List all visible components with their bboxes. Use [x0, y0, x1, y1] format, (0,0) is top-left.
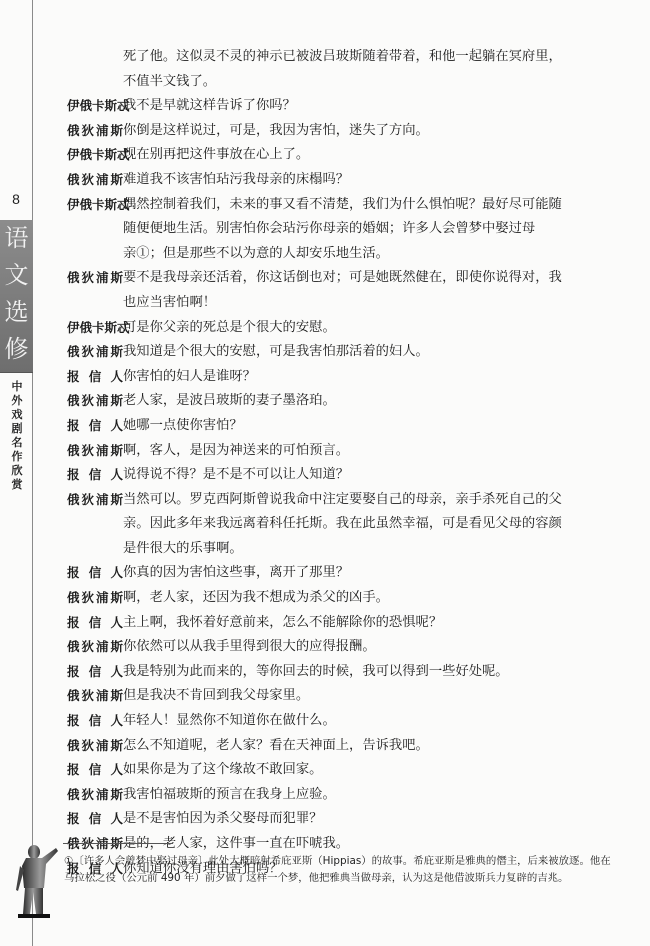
speaker-name: 报信人: [67, 463, 123, 488]
speaker-name: 伊俄卡斯忒: [67, 316, 123, 341]
title-char: 中: [6, 380, 28, 394]
title-char: 欣: [6, 464, 28, 478]
speaker-name: 俄狄浦斯: [67, 488, 123, 513]
speaker-name: 报信人: [67, 807, 123, 832]
speaker-name: 俄狄浦斯: [67, 783, 123, 808]
speech-text: 你真的因为害怕这些事，离开了那里？: [123, 561, 349, 586]
speaker-name: 伊俄卡斯忒: [67, 143, 123, 168]
band-char: 文: [0, 257, 33, 294]
speech-text: 难道我不该害怕玷污我母亲的床榻吗？: [123, 168, 349, 193]
speech-text: 我是特别为此而来的，等你回去的时候，我可以得到一些好处呢。: [123, 660, 509, 685]
dialogue-line: 亲①；但是那些不以为意的人却安乐地生活。: [67, 242, 637, 267]
dialogue-line: 报信人她哪一点使你害怕？: [67, 414, 637, 439]
speech-text: 你依然可以从我手里得到很大的应得报酬。: [123, 635, 376, 660]
dialogue-line: 报信人主上啊，我怀着好意前来，怎么不能解除你的恐惧呢？: [67, 611, 637, 636]
speech-text: 现在别再把这件事放在心上了。: [123, 143, 309, 168]
speaker-name: 俄狄浦斯: [67, 119, 123, 144]
speaker-name: 报信人: [67, 365, 123, 390]
dialogue-line: 不值半文钱了。: [67, 70, 637, 95]
dialogue-line: 俄狄浦斯要不是我母亲还活着，你这话倒也对；可是她既然健在，即使你说得对，我: [67, 266, 637, 291]
warrior-statue-icon: [8, 840, 60, 922]
speech-text: 但是我决不肯回到我父母家里。: [123, 684, 309, 709]
dialogue-line: 俄狄浦斯老人家，是波吕玻斯的妻子墨洛珀。: [67, 389, 637, 414]
speech-text: 是不是害怕因为杀父娶母而犯罪？: [123, 807, 322, 832]
title-char: 剧: [6, 422, 28, 436]
series-band: 语 文 选 修: [0, 220, 33, 373]
dialogue-body: 死了他。这似灵不灵的神示已被波吕玻斯随着带着，和他一起躺在冥府里，不值半文钱了。…: [67, 45, 637, 881]
speech-text: 死了他。这似灵不灵的神示已被波吕玻斯随着带着，和他一起躺在冥府里，: [123, 45, 562, 70]
speech-text: 要不是我母亲还活着，你这话倒也对；可是她既然健在，即使你说得对，我: [123, 266, 562, 291]
page-number: 8: [4, 191, 28, 207]
footnote-line: 马拉松之役（公元前 490 年）前夕做了这样一个梦，他把雅典当做母亲，认为这是他…: [64, 870, 639, 887]
speaker-name: 俄狄浦斯: [67, 389, 123, 414]
speech-text: 亲。因此多年来我远离着科任托斯。我在此虽然幸福，可是看见父母的容颜: [123, 512, 562, 537]
dialogue-line: 也应当害怕啊！: [67, 291, 637, 316]
speech-text: 亲①；但是那些不以为意的人却安乐地生活。: [123, 242, 389, 267]
band-char: 语: [0, 220, 33, 257]
title-char: 赏: [6, 478, 28, 492]
speech-text: 可是你父亲的死总是个很大的安慰。: [123, 316, 336, 341]
dialogue-line: 报信人如果你是为了这个缘故不敢回家。: [67, 758, 637, 783]
speaker-name: 报信人: [67, 561, 123, 586]
speech-text: 她哪一点使你害怕？: [123, 414, 243, 439]
speaker-name: 俄狄浦斯: [67, 168, 123, 193]
speech-text: 不值半文钱了。: [123, 70, 216, 95]
dialogue-line: 伊俄卡斯忒偶然控制着我们，未来的事又看不清楚，我们为什么惧怕呢？最好尽可能随: [67, 193, 637, 218]
speaker-name: 俄狄浦斯: [67, 635, 123, 660]
speaker-name: 俄狄浦斯: [67, 266, 123, 291]
speaker-name: 俄狄浦斯: [67, 734, 123, 759]
dialogue-line: 随便便地生活。别害怕你会玷污你母亲的婚姻；许多人会曾梦中娶过母: [67, 217, 637, 242]
dialogue-line: 俄狄浦斯我知道是个很大的安慰，可是我害怕那活着的妇人。: [67, 340, 637, 365]
dialogue-line: 俄狄浦斯啊，老人家，还因为我不想成为杀父的凶手。: [67, 586, 637, 611]
band-char: 选: [0, 294, 33, 331]
footnote-divider: [63, 843, 173, 844]
speaker-name: 俄狄浦斯: [67, 340, 123, 365]
dialogue-line: 死了他。这似灵不灵的神示已被波吕玻斯随着带着，和他一起躺在冥府里，: [67, 45, 637, 70]
speech-text: 年轻人！显然你不知道你在做什么。: [123, 709, 336, 734]
speaker-name: 伊俄卡斯忒: [67, 193, 123, 218]
dialogue-line: 伊俄卡斯忒可是你父亲的死总是个很大的安慰。: [67, 316, 637, 341]
speech-text: 随便便地生活。别害怕你会玷污你母亲的婚姻；许多人会曾梦中娶过母: [123, 217, 535, 242]
dialogue-line: 报信人你真的因为害怕这些事，离开了那里？: [67, 561, 637, 586]
dialogue-line: 报信人年轻人！显然你不知道你在做什么。: [67, 709, 637, 734]
dialogue-line: 报信人我是特别为此而来的，等你回去的时候，我可以得到一些好处呢。: [67, 660, 637, 685]
speaker-name: 报信人: [67, 709, 123, 734]
dialogue-line: 报信人说得说不得？是不是不可以让人知道？: [67, 463, 637, 488]
dialogue-line: 俄狄浦斯你依然可以从我手里得到很大的应得报酬。: [67, 635, 637, 660]
speech-text: 我害怕福玻斯的预言在我身上应验。: [123, 783, 336, 808]
footnote-line: ①〔许多人会曾梦中娶过母亲〕此处大概暗射希庇亚斯（Hippias）的故事。希庇亚…: [64, 853, 639, 870]
speaker-name: 伊俄卡斯忒: [67, 94, 123, 119]
dialogue-line: 报信人你害怕的妇人是谁呀？: [67, 365, 637, 390]
speaker-name: 俄狄浦斯: [67, 439, 123, 464]
title-char: 外: [6, 394, 28, 408]
speech-text: 怎么不知道呢，老人家？看在天神面上，告诉我吧。: [123, 734, 429, 759]
dialogue-line: 亲。因此多年来我远离着科任托斯。我在此虽然幸福，可是看见父母的容颜: [67, 512, 637, 537]
speech-text: 你害怕的妇人是谁呀？: [123, 365, 256, 390]
title-char: 作: [6, 450, 28, 464]
margin-rule: [32, 0, 33, 946]
dialogue-line: 俄狄浦斯当然可以。罗克西阿斯曾说我命中注定要娶自己的母亲，亲手杀死自己的父: [67, 488, 637, 513]
dialogue-line: 俄狄浦斯怎么不知道呢，老人家？看在天神面上，告诉我吧。: [67, 734, 637, 759]
speech-text: 你倒是这样说过，可是，我因为害怕，迷失了方向。: [123, 119, 429, 144]
dialogue-line: 是件很大的乐事啊。: [67, 537, 637, 562]
dialogue-line: 俄狄浦斯啊，客人，是因为神送来的可怕预言。: [67, 439, 637, 464]
dialogue-line: 俄狄浦斯难道我不该害怕玷污我母亲的床榻吗？: [67, 168, 637, 193]
speech-text: 说得说不得？是不是不可以让人知道？: [123, 463, 349, 488]
band-char: 修: [0, 331, 33, 368]
speech-text: 当然可以。罗克西阿斯曾说我命中注定要娶自己的母亲，亲手杀死自己的父: [123, 488, 562, 513]
speech-text: 主上啊，我怀着好意前来，怎么不能解除你的恐惧呢？: [123, 611, 442, 636]
dialogue-line: 报信人是不是害怕因为杀父娶母而犯罪？: [67, 807, 637, 832]
speech-text: 我不是早就这样告诉了你吗？: [123, 94, 296, 119]
speech-text: 也应当害怕啊！: [123, 291, 216, 316]
speech-text: 偶然控制着我们，未来的事又看不清楚，我们为什么惧怕呢？最好尽可能随: [123, 193, 562, 218]
speaker-name: 俄狄浦斯: [67, 684, 123, 709]
book-title-vertical: 中 外 戏 剧 名 作 欣 赏: [6, 380, 28, 492]
speaker-name: 俄狄浦斯: [67, 586, 123, 611]
dialogue-line: 伊俄卡斯忒我不是早就这样告诉了你吗？: [67, 94, 637, 119]
speech-text: 老人家，是波吕玻斯的妻子墨洛珀。: [123, 389, 336, 414]
speaker-name: 报信人: [67, 758, 123, 783]
dialogue-line: 伊俄卡斯忒现在别再把这件事放在心上了。: [67, 143, 637, 168]
dialogue-line: 俄狄浦斯但是我决不肯回到我父母家里。: [67, 684, 637, 709]
speech-text: 是件很大的乐事啊。: [123, 537, 243, 562]
dialogue-line: 俄狄浦斯你倒是这样说过，可是，我因为害怕，迷失了方向。: [67, 119, 637, 144]
speaker-name: 报信人: [67, 660, 123, 685]
dialogue-line: 俄狄浦斯我害怕福玻斯的预言在我身上应验。: [67, 783, 637, 808]
speech-text: 如果你是为了这个缘故不敢回家。: [123, 758, 322, 783]
speech-text: 啊，客人，是因为神送来的可怕预言。: [123, 439, 349, 464]
speaker-name: 报信人: [67, 414, 123, 439]
title-char: 戏: [6, 408, 28, 422]
speech-text: 啊，老人家，还因为我不想成为杀父的凶手。: [123, 586, 389, 611]
footnote: ①〔许多人会曾梦中娶过母亲〕此处大概暗射希庇亚斯（Hippias）的故事。希庇亚…: [64, 853, 639, 887]
speaker-name: 报信人: [67, 611, 123, 636]
speech-text: 我知道是个很大的安慰，可是我害怕那活着的妇人。: [123, 340, 429, 365]
title-char: 名: [6, 436, 28, 450]
